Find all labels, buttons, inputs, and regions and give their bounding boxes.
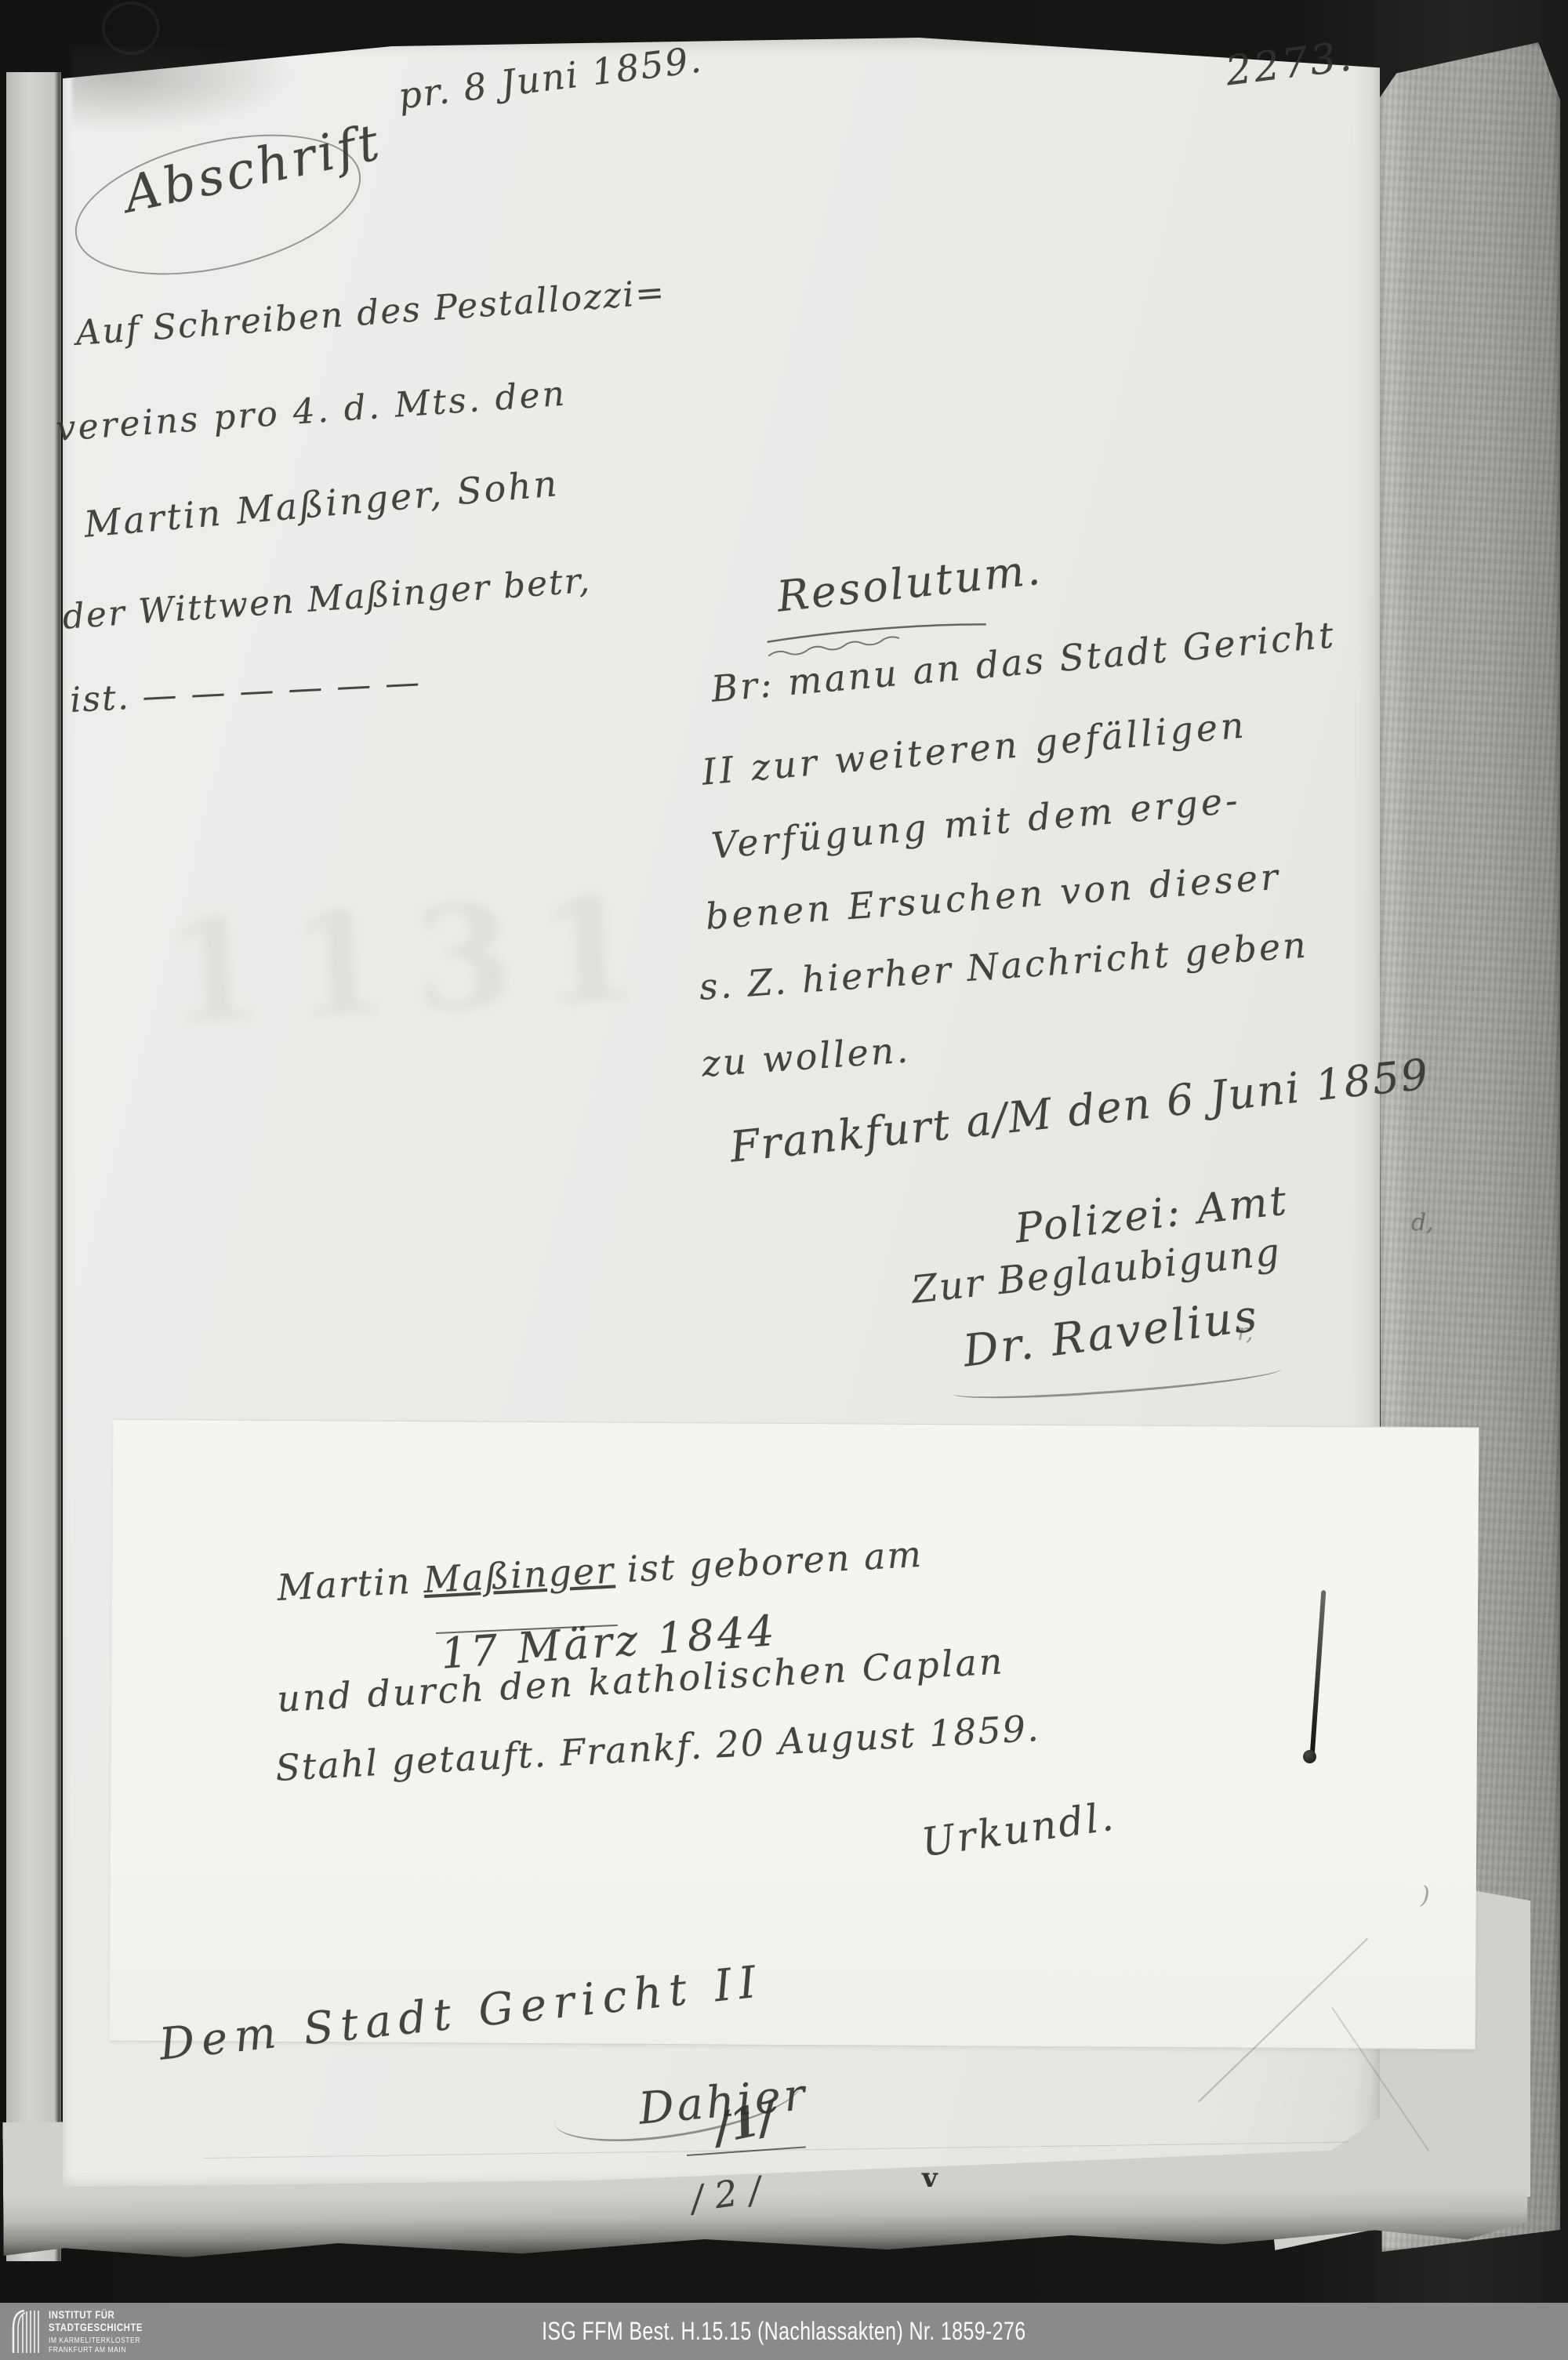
archive-scan-page: 1131 pr. 8 Juni 1859. 2273. Abschrift Au… <box>0 0 1568 2360</box>
slip-line1-pre: Martin <box>276 1559 412 1609</box>
archive-caption: ISG FFM Best. H.15.15 (Nachlassakten) Nr… <box>0 2317 1568 2346</box>
margin-mark: ) <box>1421 1882 1430 1909</box>
check-mark: v <box>922 2162 938 2194</box>
logo-line-4: FRANKFURT AM MAIN <box>49 2345 126 2355</box>
archive-caption-text: ISG FFM Best. H.15.15 (Nachlassakten) Nr… <box>542 2317 1025 2346</box>
ink-bleedthrough: 1131 <box>161 865 668 1056</box>
pin-head <box>1303 1750 1316 1763</box>
margin-mark: r, <box>1237 1319 1254 1346</box>
left-page-edge <box>6 72 61 2261</box>
viewer-caption-bar: INSTITUT FÜR STADTGESCHICHTE IM KARMELIT… <box>0 2303 1568 2360</box>
foxing-stain <box>72 47 323 141</box>
margin-mark: d, <box>1411 1209 1434 1236</box>
